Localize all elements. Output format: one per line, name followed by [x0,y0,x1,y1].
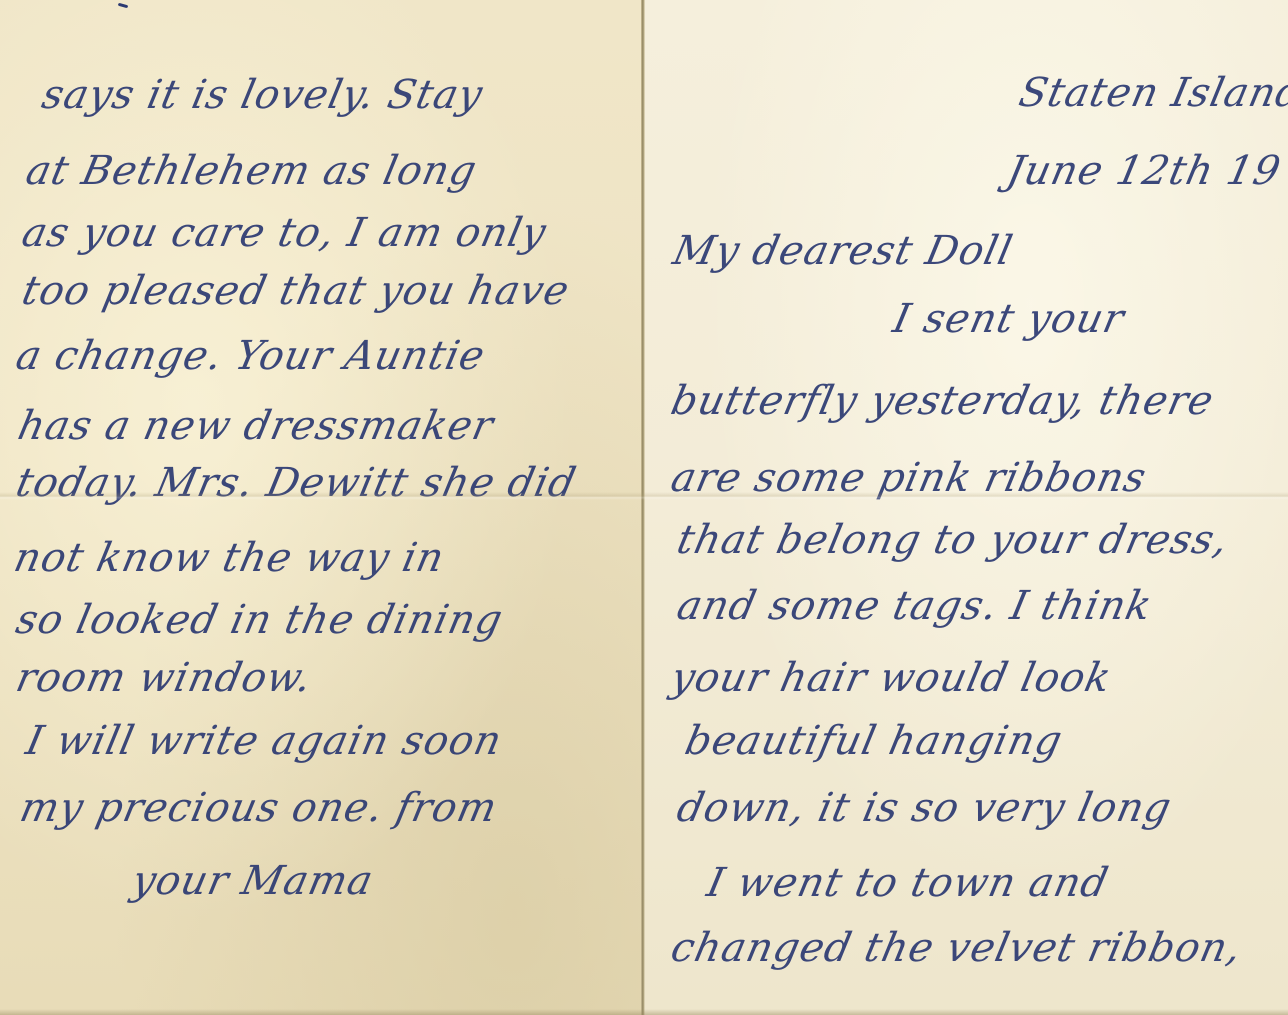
letter-line: room window. [12,655,316,701]
letter-date: June 12th 19 [1003,148,1285,194]
letter-line: butterfly yesterday, there [667,378,1218,424]
letter-spread: says it is lovely. Stay at Bethlehem as … [0,0,1288,1015]
letter-line: as you care to, I am only [18,210,551,256]
letter-salutation: My dearest Doll [669,228,1017,274]
letter-line: and some tags. I think [673,583,1156,629]
horizontal-crease [0,492,1288,500]
letter-line: down, it is so very long [673,785,1176,831]
letter-line: so looked in the dining [12,597,507,643]
right-page: Staten Island June 12th 19 My dearest Do… [643,0,1288,1015]
letter-line: has a new dressmaker [14,403,498,449]
letter-line: I will write again soon [22,718,506,764]
letter-signature: your Mama [128,858,378,904]
ink-mark [118,3,128,8]
letter-line: I went to town and [703,860,1113,906]
letter-place: Staten Island [1015,70,1288,116]
left-page: says it is lovely. Stay at Bethlehem as … [0,0,643,1015]
letter-line: I sent your [889,296,1129,342]
letter-line: that belong to your dress, [673,517,1233,563]
letter-line: a change. Your Auntie [12,333,489,379]
letter-line: changed the velvet ribbon, [667,925,1246,971]
page-fold [641,0,645,1015]
letter-line: at Bethlehem as long [22,148,481,194]
letter-line: your hair would look [667,655,1116,701]
letter-line: says it is lovely. Stay [38,72,487,118]
paper-edge [0,1009,1288,1015]
letter-line: too pleased that you have [18,268,574,314]
letter-line: beautiful hanging [681,718,1067,764]
letter-line: my precious one. from [16,785,502,831]
letter-line: not know the way in [10,535,449,581]
